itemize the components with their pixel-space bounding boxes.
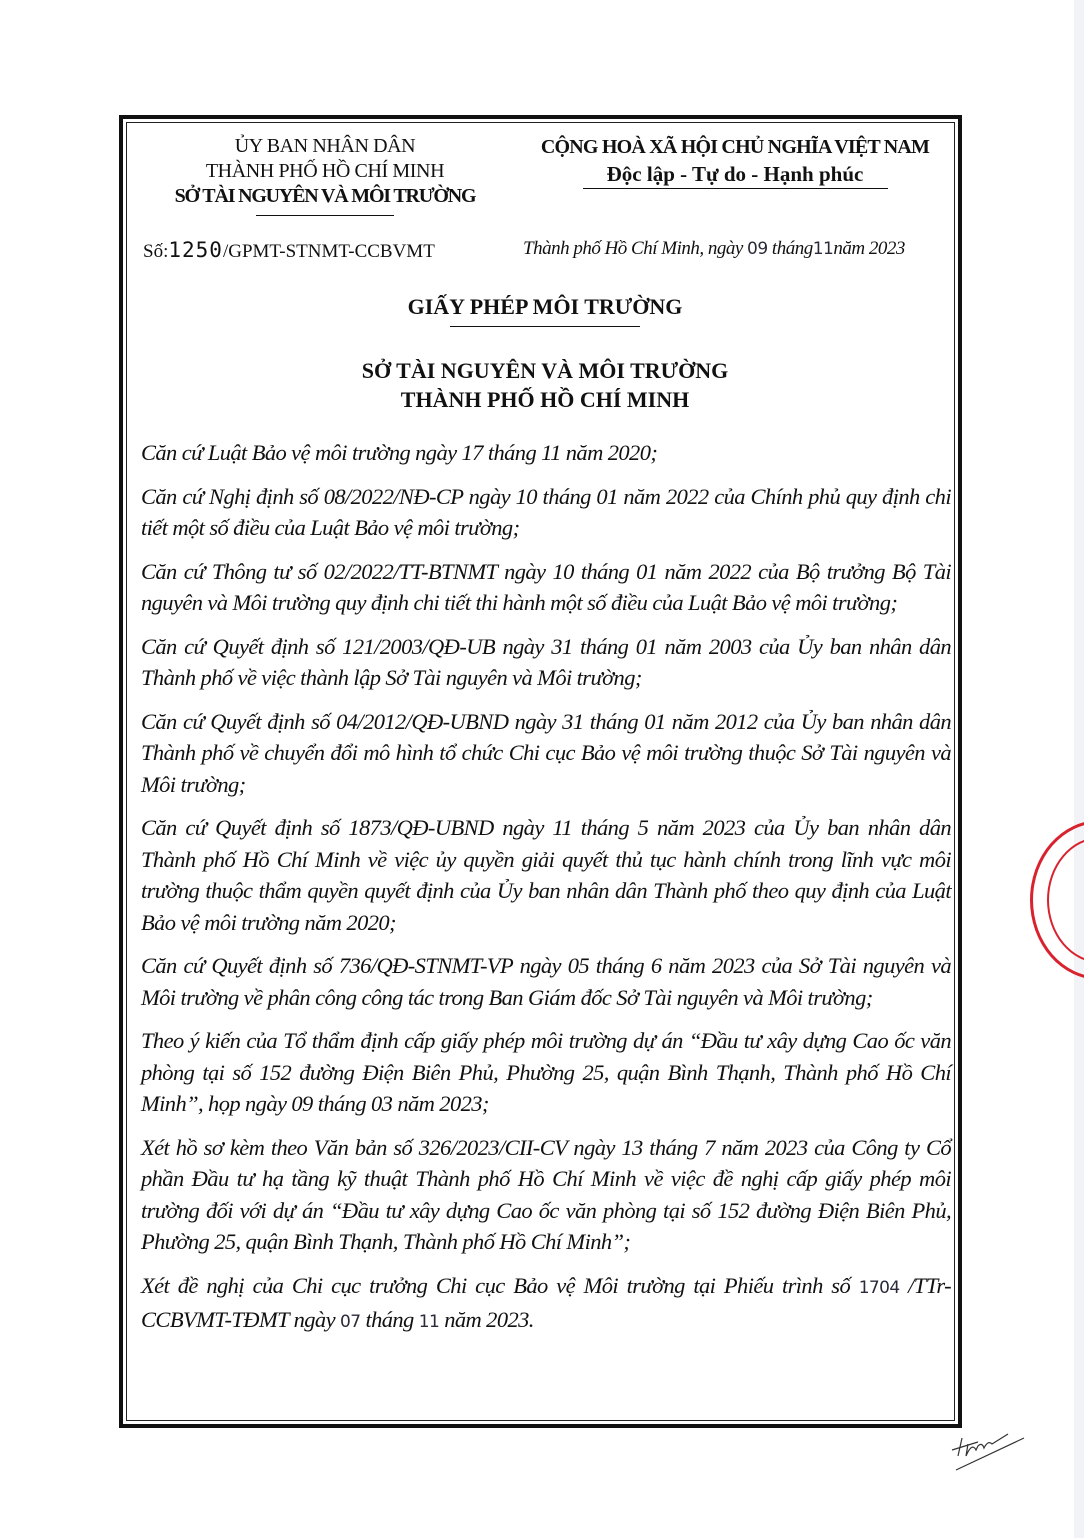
scan-edge (1074, 0, 1084, 1538)
number-prefix: Số: (143, 241, 168, 262)
submission-month: 11 (419, 1312, 439, 1332)
national-motto-block: CỘNG HOÀ XÃ HỘI CHỦ NGHĨA VIỆT NAM Độc l… (505, 134, 965, 189)
authority-line-2: THÀNH PHỐ HỒ CHÍ MINH (130, 159, 520, 184)
number-value: 1250 (168, 238, 223, 262)
submission-year: năm 2023. (439, 1307, 534, 1332)
authority-underline (256, 215, 394, 216)
number-code: /GPMT-STNMT-CCBVMT (223, 241, 435, 262)
preamble-paragraph: Căn cứ Thông tư số 02/2022/TT-BTNMT ngày… (141, 556, 951, 619)
submission-day: 07 (340, 1312, 360, 1332)
preamble-paragraph: Căn cứ Quyết định số 04/2012/QĐ-UBND ngà… (141, 706, 951, 801)
final-clause-text: Xét đề nghị của Chi cục trưởng Chi cục B… (141, 1273, 859, 1298)
date-month: 11 (813, 239, 834, 259)
motto-underline (583, 188, 888, 189)
issuer-line-2: THÀNH PHỐ HỒ CHÍ MINH (130, 385, 960, 414)
initials-signature-icon (948, 1428, 1028, 1474)
preamble-paragraph: Theo ý kiến của Tổ thẩm định cấp giấy ph… (141, 1025, 951, 1120)
document-number: Số:1250/GPMT-STNMT-CCBVMT (143, 238, 435, 263)
preamble-paragraph: Căn cứ Quyết định số 1873/QĐ-UBND ngày 1… (141, 812, 951, 938)
preamble-paragraph: Căn cứ Quyết định số 736/QĐ-STNMT-VP ngà… (141, 950, 951, 1013)
document-title: GIẤY PHÉP MÔI TRƯỜNG (130, 294, 960, 327)
preamble-paragraph: Xét hồ sơ kèm theo Văn bản số 326/2023/C… (141, 1132, 951, 1258)
place-date-prefix: Thành phố Hồ Chí Minh, ngày (523, 238, 743, 259)
preamble-paragraph: Căn cứ Luật Bảo vệ môi trường ngày 17 th… (141, 437, 951, 469)
issuer-heading: SỞ TÀI NGUYÊN VÀ MÔI TRƯỜNG THÀNH PHỐ HỒ… (130, 356, 960, 414)
national-motto: Độc lập - Tự do - Hạnh phúc (505, 161, 965, 188)
authority-department: SỞ TÀI NGUYÊN VÀ MÔI TRƯỜNG (130, 184, 520, 209)
place-and-date: Thành phố Hồ Chí Minh, ngày 09 tháng11nă… (523, 238, 905, 260)
issuer-line-1: SỞ TÀI NGUYÊN VÀ MÔI TRƯỜNG (130, 356, 960, 385)
submission-number: 1704 (859, 1278, 900, 1298)
date-month-label: tháng (772, 238, 813, 259)
preamble-paragraph: Căn cứ Quyết định số 121/2003/QĐ-UB ngày… (141, 631, 951, 694)
submission-month-label: tháng (360, 1307, 418, 1332)
date-year: năm 2023 (833, 238, 904, 259)
issuing-authority-block: ỦY BAN NHÂN DÂN THÀNH PHỐ HỒ CHÍ MINH SỞ… (130, 134, 520, 216)
country-name: CỘNG HOÀ XÃ HỘI CHỦ NGHĨA VIỆT NAM (505, 134, 965, 161)
final-clause: Xét đề nghị của Chi cục trưởng Chi cục B… (141, 1270, 951, 1339)
preamble-body: Căn cứ Luật Bảo vệ môi trường ngày 17 th… (141, 437, 951, 1351)
authority-line-1: ỦY BAN NHÂN DÂN (130, 134, 520, 159)
title-text: GIẤY PHÉP MÔI TRƯỜNG (130, 294, 960, 320)
date-day: 09 (747, 239, 768, 259)
preamble-paragraph: Căn cứ Nghị định số 08/2022/NĐ-CP ngày 1… (141, 481, 951, 544)
title-underline (450, 326, 640, 327)
red-seal-stamp-icon (1030, 820, 1084, 980)
